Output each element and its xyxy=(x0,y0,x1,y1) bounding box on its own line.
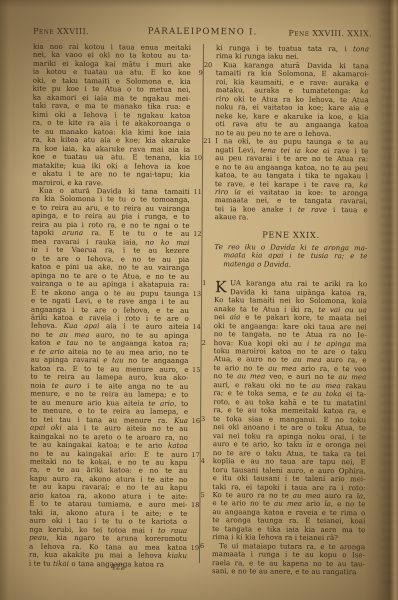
running-head-right: Pene XXVIII. XXIX. xyxy=(288,29,372,39)
verse-number: 11 xyxy=(193,188,201,197)
top-edge-shadow xyxy=(0,0,398,8)
verse-number: 16 xyxy=(192,417,200,426)
book-photo: Pene XXVIII. PARALEIPOMENO I. Pene XXVII… xyxy=(0,0,398,600)
verse-number: 18 xyxy=(191,501,199,510)
verse-number: 10 xyxy=(194,154,202,163)
column-divider-rule xyxy=(198,44,203,563)
verse-number: 15 xyxy=(192,366,200,375)
verse-number: 1 xyxy=(202,279,206,288)
verse-number: 20 xyxy=(204,61,212,70)
right-column-top-block: ki runga i te tuatua tata ra, i tonarima… xyxy=(215,44,369,223)
chapter-heading: PENE XXIX. xyxy=(214,229,367,241)
text-line: sani, e no te au anere, e te au rangatir… xyxy=(212,567,365,577)
running-head: Pene XXVIII. PARALEIPOMENO I. Pene XXVII… xyxy=(33,26,372,41)
left-edge-shadow xyxy=(0,0,9,600)
verse-number: 12 xyxy=(193,230,201,239)
right-column-verse-block: 1KUA karanga atu rai te ariki ra koDavid… xyxy=(212,279,367,577)
adjacent-page-text-blur xyxy=(382,12,393,587)
page-content: Pene XXVIII. PARALEIPOMENO I. Pene XXVII… xyxy=(0,0,398,600)
verse-number: 17 xyxy=(191,450,199,459)
verse-number: 19 xyxy=(191,544,199,553)
verse-number: 5 xyxy=(200,491,204,500)
page-number: 422 xyxy=(78,562,158,572)
left-column: kia noo rai kotou i taua enua meitakinei… xyxy=(29,43,191,569)
verse-number: 21 xyxy=(203,137,211,146)
verse-number: 4 xyxy=(201,457,205,466)
chapter-summary: Te reo iku o Davida ki te aronga ma-maat… xyxy=(214,243,367,270)
text-line: akaue ra. xyxy=(215,213,368,223)
verse-number: 3 xyxy=(201,415,205,424)
verse-number: 13 xyxy=(193,290,201,299)
verse-number: 9 xyxy=(199,69,203,78)
verse-number: 2 xyxy=(202,339,206,348)
text-line: matenga o Davida. xyxy=(214,260,367,270)
right-column: ki runga i te tuatua tata ra, i tonarima… xyxy=(212,44,369,577)
verse-number: 14 xyxy=(192,323,200,332)
book-page: Pene XXVIII. PARALEIPOMENO I. Pene XXVII… xyxy=(0,0,398,600)
verse-number: 6 xyxy=(200,542,204,551)
